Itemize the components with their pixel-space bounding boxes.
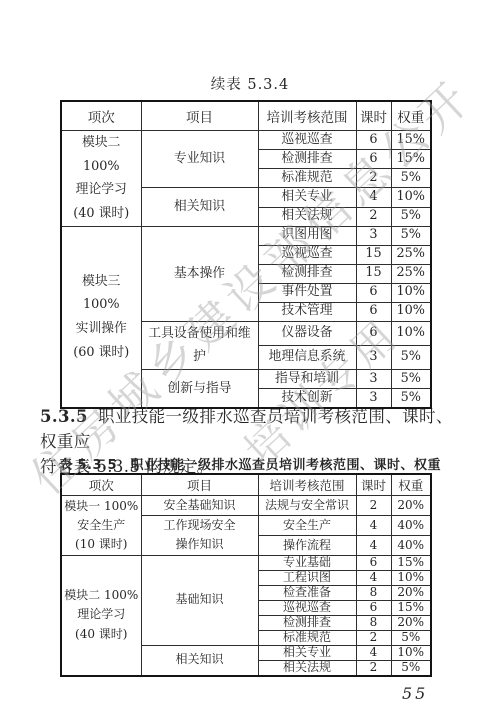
hours-cell: 3 <box>356 226 391 245</box>
weight-cell: 15% <box>391 555 431 570</box>
weight-cell: 10% <box>391 302 431 321</box>
weight-cell: 5% <box>391 389 431 409</box>
hours-cell: 8 <box>356 585 391 600</box>
item-cell: 基础知识 <box>141 555 258 645</box>
item-cell: 专业知识 <box>141 131 258 188</box>
scope-cell: 指导和培训 <box>258 370 356 389</box>
hours-cell: 4 <box>356 570 391 585</box>
scope-cell: 标准规范 <box>258 169 356 188</box>
scope-cell: 识图用图 <box>258 226 356 245</box>
header-cell-4: 权重 <box>391 474 431 496</box>
scope-cell: 法规与安全常识 <box>258 496 356 516</box>
hours-cell: 2 <box>356 496 391 516</box>
scope-cell: 检测排查 <box>258 150 356 169</box>
item-cell: 工作现场安全操作知识 <box>141 516 258 555</box>
weight-cell: 15% <box>391 131 431 150</box>
scope-cell: 巡视巡查 <box>258 245 356 264</box>
weight-cell: 10% <box>391 645 431 660</box>
item-cell: 创新与指导 <box>141 370 258 409</box>
scope-cell: 相关专业 <box>258 188 356 208</box>
scope-cell: 巡视巡查 <box>258 600 356 615</box>
scope-cell: 专业基础 <box>258 555 356 570</box>
section-number: 5.3.5 <box>40 407 88 426</box>
table-5-3-4-continued: 项次项目培训考核范围课时权重模块二 100%理论学习(40 课时)专业知识巡视巡… <box>60 100 432 409</box>
weight-cell: 40% <box>391 516 431 536</box>
weight-cell: 25% <box>391 245 431 264</box>
weight-cell: 40% <box>391 535 431 555</box>
scope-cell: 技术管理 <box>258 302 356 321</box>
scope-cell: 工程识图 <box>258 570 356 585</box>
table-row: 模块二 100%理论学习(40 课时)基础知识专业基础615% <box>61 555 431 570</box>
weight-cell: 5% <box>391 660 431 676</box>
scope-cell: 检查准备 <box>258 585 356 600</box>
scope-cell: 标准规范 <box>258 630 356 645</box>
table-5-3-4-continued-container: 项次项目培训考核范围课时权重模块二 100%理论学习(40 课时)专业知识巡视巡… <box>60 100 432 409</box>
module-cell: 模块二 100%理论学习(40 课时) <box>61 555 141 676</box>
hours-cell: 6 <box>356 600 391 615</box>
weight-cell: 20% <box>391 615 431 630</box>
item-cell: 工具设备使用和维护 <box>141 321 258 369</box>
header-row: 项次项目培训考核范围课时权重 <box>61 474 431 496</box>
module-cell: 模块二 100%理论学习(40 课时) <box>61 131 141 227</box>
scope-cell: 技术创新 <box>258 389 356 409</box>
hours-cell: 4 <box>356 535 391 555</box>
weight-cell: 5% <box>391 345 431 369</box>
hours-cell: 3 <box>356 345 391 369</box>
table-5-3-5-caption: 表 5.3.5 职业技能一级排水巡查员培训考核范围、课时、权重 <box>0 454 500 473</box>
table-row: 模块一 100%安全生产(10 课时)安全基础知识法规与安全常识220% <box>61 496 431 516</box>
weight-cell: 5% <box>391 169 431 188</box>
hours-cell: 2 <box>356 630 391 645</box>
table-5-3-5: 项次项目培训考核范围课时权重模块一 100%安全生产(10 课时)安全基础知识法… <box>60 473 432 677</box>
hours-cell: 4 <box>356 188 391 208</box>
weight-cell: 5% <box>391 630 431 645</box>
hours-cell: 4 <box>356 645 391 660</box>
weight-cell: 10% <box>391 570 431 585</box>
item-cell: 基本操作 <box>141 226 258 321</box>
hours-cell: 6 <box>356 131 391 150</box>
weight-cell: 10% <box>391 321 431 345</box>
weight-cell: 5% <box>391 370 431 389</box>
header-cell-3: 课时 <box>356 474 391 496</box>
scope-cell: 安全生产 <box>258 516 356 536</box>
item-cell: 安全基础知识 <box>141 496 258 516</box>
header-cell-2: 培训考核范围 <box>258 101 356 131</box>
section-text-line1: 职业技能一级排水巡查员培训考核范围、课时、权重应 <box>40 407 453 451</box>
header-cell-1: 项目 <box>141 101 258 131</box>
scope-cell: 检测排查 <box>258 615 356 630</box>
hours-cell: 6 <box>356 302 391 321</box>
scope-cell: 相关法规 <box>258 207 356 226</box>
header-cell-3: 课时 <box>356 101 391 131</box>
hours-cell: 2 <box>356 660 391 676</box>
table-row: 模块二 100%理论学习(40 课时)专业知识巡视巡查615% <box>61 131 431 150</box>
hours-cell: 3 <box>356 370 391 389</box>
scope-cell: 相关专业 <box>258 645 356 660</box>
scope-cell: 相关法规 <box>258 660 356 676</box>
hours-cell: 15 <box>356 245 391 264</box>
hours-cell: 2 <box>356 169 391 188</box>
weight-cell: 10% <box>391 283 431 302</box>
module-cell: 模块一 100%安全生产(10 课时) <box>61 496 141 556</box>
weight-cell: 5% <box>391 207 431 226</box>
weight-cell: 15% <box>391 600 431 615</box>
item-cell: 相关知识 <box>141 188 258 227</box>
hours-cell: 2 <box>356 207 391 226</box>
hours-cell: 6 <box>356 283 391 302</box>
table-row: 模块三 100%实训操作(60 课时)基本操作识图用图35% <box>61 226 431 245</box>
scope-cell: 检测排查 <box>258 264 356 283</box>
hours-cell: 6 <box>356 150 391 169</box>
hours-cell: 6 <box>356 555 391 570</box>
scope-cell: 事件处置 <box>258 283 356 302</box>
weight-cell: 25% <box>391 264 431 283</box>
hours-cell: 8 <box>356 615 391 630</box>
header-cell-0: 项次 <box>61 101 141 131</box>
page-number: 55 <box>402 684 428 703</box>
weight-cell: 20% <box>391 496 431 516</box>
hours-cell: 6 <box>356 321 391 345</box>
header-row: 项次项目培训考核范围课时权重 <box>61 101 431 131</box>
document-page: 住房城乡建设部信息公开 培训专用 续表 5.3.4 项次项目培训考核范围课时权重… <box>0 0 500 724</box>
header-cell-4: 权重 <box>391 101 431 131</box>
header-cell-0: 项次 <box>61 474 141 496</box>
weight-cell: 15% <box>391 150 431 169</box>
scope-cell: 地理信息系统 <box>258 345 356 369</box>
scope-cell: 巡视巡查 <box>258 131 356 150</box>
header-cell-1: 项目 <box>141 474 258 496</box>
weight-cell: 5% <box>391 226 431 245</box>
scope-cell: 操作流程 <box>258 535 356 555</box>
weight-cell: 20% <box>391 585 431 600</box>
item-cell: 相关知识 <box>141 645 258 676</box>
hours-cell: 15 <box>356 264 391 283</box>
continued-table-caption: 续表 5.3.4 <box>0 73 500 94</box>
scope-cell: 仪器设备 <box>258 321 356 345</box>
hours-cell: 4 <box>356 516 391 536</box>
table-5-3-5-container: 项次项目培训考核范围课时权重模块一 100%安全生产(10 课时)安全基础知识法… <box>60 473 432 677</box>
hours-cell: 3 <box>356 389 391 409</box>
header-cell-2: 培训考核范围 <box>258 474 356 496</box>
weight-cell: 10% <box>391 188 431 208</box>
module-cell: 模块三 100%实训操作(60 课时) <box>61 226 141 408</box>
